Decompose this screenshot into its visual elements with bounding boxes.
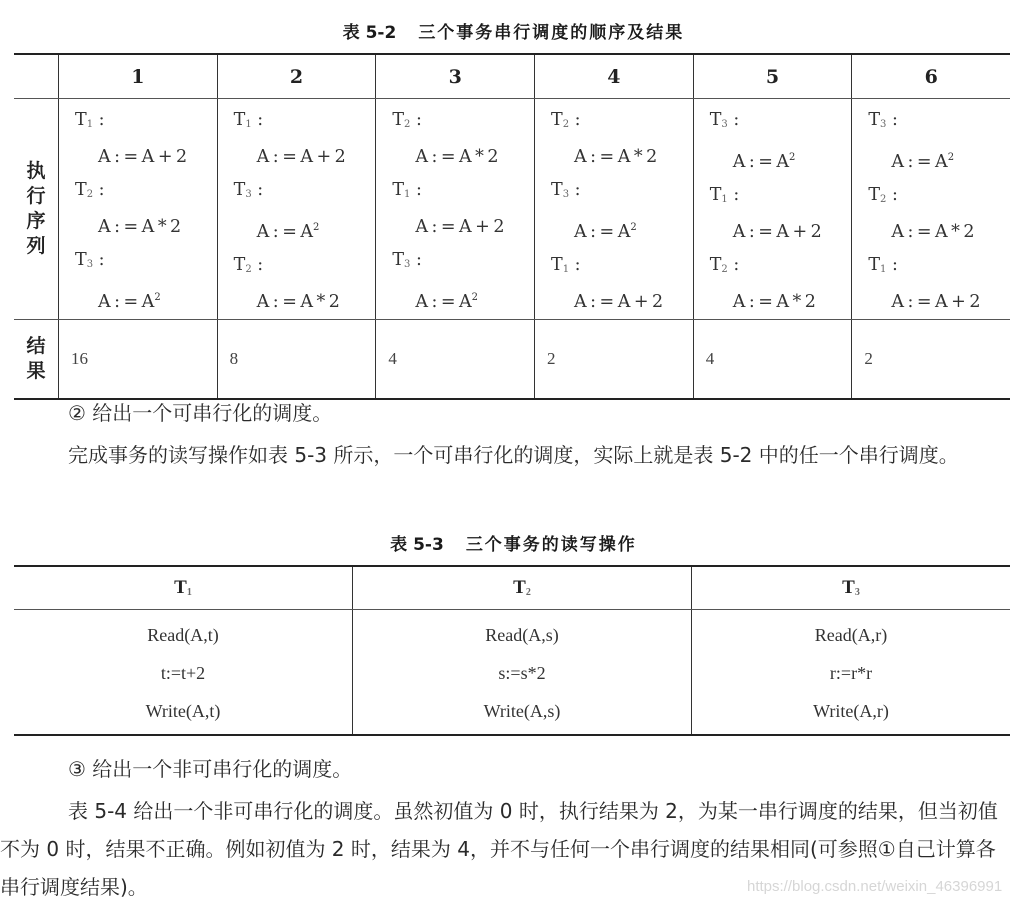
transaction-label: T2 : bbox=[392, 104, 534, 141]
column-header: 2 bbox=[217, 54, 376, 99]
table-row: t:=t+2 s:=s*2 r:=r*r bbox=[14, 654, 1010, 692]
row-label-sequence: 执行序列 bbox=[14, 99, 59, 320]
row-label-text: 执行序列 bbox=[14, 159, 58, 259]
operation: A : = A * 2 bbox=[710, 286, 852, 319]
transaction-label: T2 : bbox=[75, 174, 217, 211]
transaction-label: T3 : bbox=[710, 104, 852, 141]
transaction-label: T2 : bbox=[234, 249, 376, 286]
operation: A : = A2 bbox=[551, 211, 693, 249]
transaction-label: T1 : bbox=[868, 249, 1010, 286]
table-row: Write(A,t) Write(A,s) Write(A,r) bbox=[14, 692, 1010, 735]
transaction-label: T3 : bbox=[868, 104, 1010, 141]
transaction-label: T2 : bbox=[868, 179, 1010, 216]
transaction-label: T1 : bbox=[710, 179, 852, 216]
operation: A : = A2 bbox=[392, 281, 534, 319]
operation: A : = A * 2 bbox=[75, 211, 217, 244]
column-header: 1 bbox=[59, 54, 218, 99]
column-header: 4 bbox=[535, 54, 694, 99]
sequence-row: 执行序列 T1 :A : = A + 2T2 :A : = A * 2T3 :A… bbox=[14, 99, 1010, 320]
column-header-t2: T2 bbox=[353, 566, 692, 610]
transaction-label: T3 : bbox=[392, 244, 534, 281]
result-cell: 2 bbox=[535, 320, 694, 400]
transaction-label: T1 : bbox=[551, 249, 693, 286]
table-5-2-title: 三个事务串行调度的顺序及结果 bbox=[418, 23, 684, 43]
operation: A : = A2 bbox=[868, 141, 1010, 179]
table-5-2-caption: 表 5-2三个事务串行调度的顺序及结果 bbox=[0, 18, 1027, 43]
section-2-heading: ② 给出一个可串行化的调度。 bbox=[0, 396, 1010, 430]
operation: A : = A + 2 bbox=[75, 141, 217, 174]
table-cell: Write(A,r) bbox=[692, 692, 1011, 735]
table-5-2-header-row: 1 2 3 4 5 6 bbox=[14, 54, 1010, 99]
transaction-label: T3 : bbox=[551, 174, 693, 211]
table-cell: Read(A,r) bbox=[692, 610, 1011, 655]
operation: A : = A + 2 bbox=[551, 286, 693, 319]
result-row: 结果 16 8 4 2 4 2 bbox=[14, 320, 1010, 400]
transaction-label: T2 : bbox=[551, 104, 693, 141]
sequence-cell: T2 :A : = A * 2T3 :A : = A2T1 :A : = A +… bbox=[535, 99, 694, 320]
table-cell: Write(A,t) bbox=[14, 692, 353, 735]
sequence-cell: T1 :A : = A + 2T3 :A : = A2T2 :A : = A *… bbox=[217, 99, 376, 320]
row-label-text: 结果 bbox=[14, 334, 58, 384]
transaction-label: T3 : bbox=[75, 244, 217, 281]
table-cell: Read(A,t) bbox=[14, 610, 353, 655]
section-3-heading: ③ 给出一个非可串行化的调度。 bbox=[0, 752, 1010, 786]
table-5-3-caption: 表 5-3三个事务的读写操作 bbox=[0, 530, 1027, 555]
section-2-body: 完成事务的读写操作如表 5-3 所示，一个可串行化的调度，实际上就是表 5-2 … bbox=[0, 436, 1010, 474]
table-5-3-header-row: T1 T2 T3 bbox=[14, 566, 1010, 610]
column-header-t3: T3 bbox=[692, 566, 1011, 610]
transaction-label: T1 : bbox=[392, 174, 534, 211]
operation: A : = A * 2 bbox=[392, 141, 534, 174]
table-row: Read(A,t) Read(A,s) Read(A,r) bbox=[14, 610, 1010, 655]
table-cell: s:=s*2 bbox=[353, 654, 692, 692]
operation: A : = A2 bbox=[75, 281, 217, 319]
operation: A : = A * 2 bbox=[551, 141, 693, 174]
operation: A : = A + 2 bbox=[710, 216, 852, 249]
result-cell: 8 bbox=[217, 320, 376, 400]
operation: A : = A * 2 bbox=[868, 216, 1010, 249]
column-header: 3 bbox=[376, 54, 535, 99]
corner-cell bbox=[14, 54, 59, 99]
table-5-3-number: 表 5-3 bbox=[390, 535, 444, 555]
transaction-label: T2 : bbox=[710, 249, 852, 286]
sequence-cell: T1 :A : = A + 2T2 :A : = A * 2T3 :A : = … bbox=[59, 99, 218, 320]
operation: A : = A2 bbox=[234, 211, 376, 249]
table-cell: Write(A,s) bbox=[353, 692, 692, 735]
row-label-result: 结果 bbox=[14, 320, 59, 400]
transaction-label: T3 : bbox=[234, 174, 376, 211]
sequence-cell: T3 :A : = A2T2 :A : = A * 2T1 :A : = A +… bbox=[852, 99, 1010, 320]
operation: A : = A + 2 bbox=[392, 211, 534, 244]
table-5-2-number: 表 5-2 bbox=[343, 23, 397, 43]
table-cell: r:=r*r bbox=[692, 654, 1011, 692]
operation: A : = A + 2 bbox=[868, 286, 1010, 319]
result-cell: 16 bbox=[59, 320, 218, 400]
table-5-3-title: 三个事务的读写操作 bbox=[466, 535, 637, 555]
operation: A : = A + 2 bbox=[234, 141, 376, 174]
operation: A : = A2 bbox=[710, 141, 852, 179]
sequence-cell: T3 :A : = A2T1 :A : = A + 2T2 :A : = A *… bbox=[693, 99, 852, 320]
column-header: 6 bbox=[852, 54, 1010, 99]
table-cell: Read(A,s) bbox=[353, 610, 692, 655]
result-cell: 4 bbox=[693, 320, 852, 400]
table-5-2: 1 2 3 4 5 6 执行序列 T1 :A : = A + 2T2 :A : … bbox=[14, 53, 1010, 400]
column-header: 5 bbox=[693, 54, 852, 99]
transaction-label: T1 : bbox=[75, 104, 217, 141]
operation: A : = A * 2 bbox=[234, 286, 376, 319]
result-cell: 2 bbox=[852, 320, 1010, 400]
result-cell: 4 bbox=[376, 320, 535, 400]
transaction-label: T1 : bbox=[234, 104, 376, 141]
sequence-cell: T2 :A : = A * 2T1 :A : = A + 2T3 :A : = … bbox=[376, 99, 535, 320]
table-cell: t:=t+2 bbox=[14, 654, 353, 692]
watermark: https://blog.csdn.net/weixin_46396991 bbox=[747, 878, 1002, 895]
table-5-3: T1 T2 T3 Read(A,t) Read(A,s) Read(A,r) t… bbox=[14, 565, 1010, 736]
column-header-t1: T1 bbox=[14, 566, 353, 610]
